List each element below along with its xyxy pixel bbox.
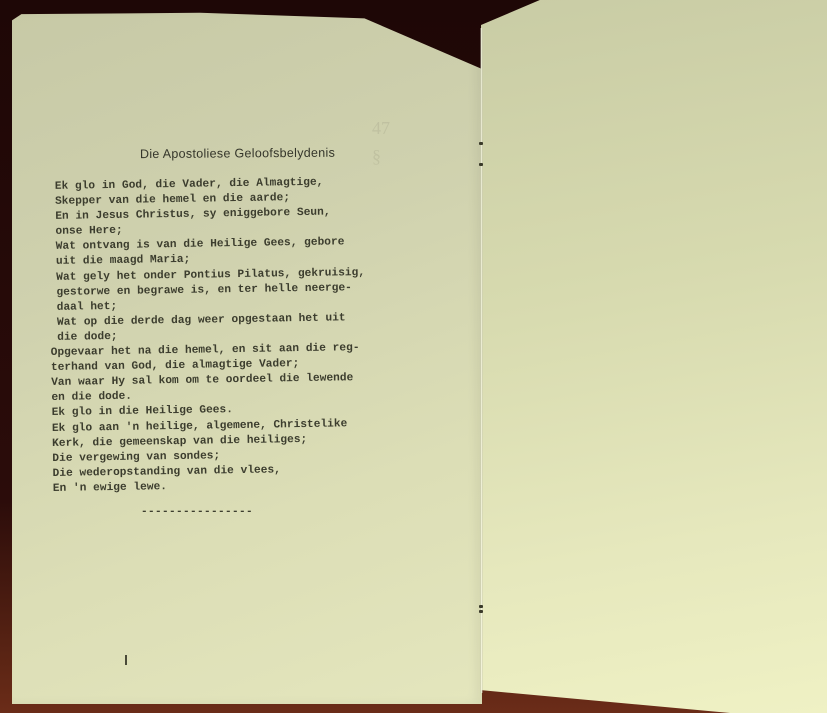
page-speck <box>125 655 127 665</box>
staple-mark <box>479 605 483 608</box>
staple-mark <box>479 142 483 145</box>
creed-document: Die Apostoliese Geloofsbelydenis Ek glo … <box>48 146 448 497</box>
creed-text: Ek glo in God, die Vader, die Almagtige,… <box>48 174 453 497</box>
staple-mark <box>479 163 483 166</box>
document-title: Die Apostoliese Geloofsbelydenis <box>140 145 448 161</box>
book-gutter <box>480 28 483 693</box>
divider-line: ---------------- <box>141 506 253 518</box>
show-through-text: 47 <box>372 118 390 139</box>
photo-scene: 47 § Die Apostoliese Geloofsbelydenis Ek… <box>0 0 827 713</box>
staple-mark <box>479 610 483 613</box>
right-page <box>481 0 827 713</box>
